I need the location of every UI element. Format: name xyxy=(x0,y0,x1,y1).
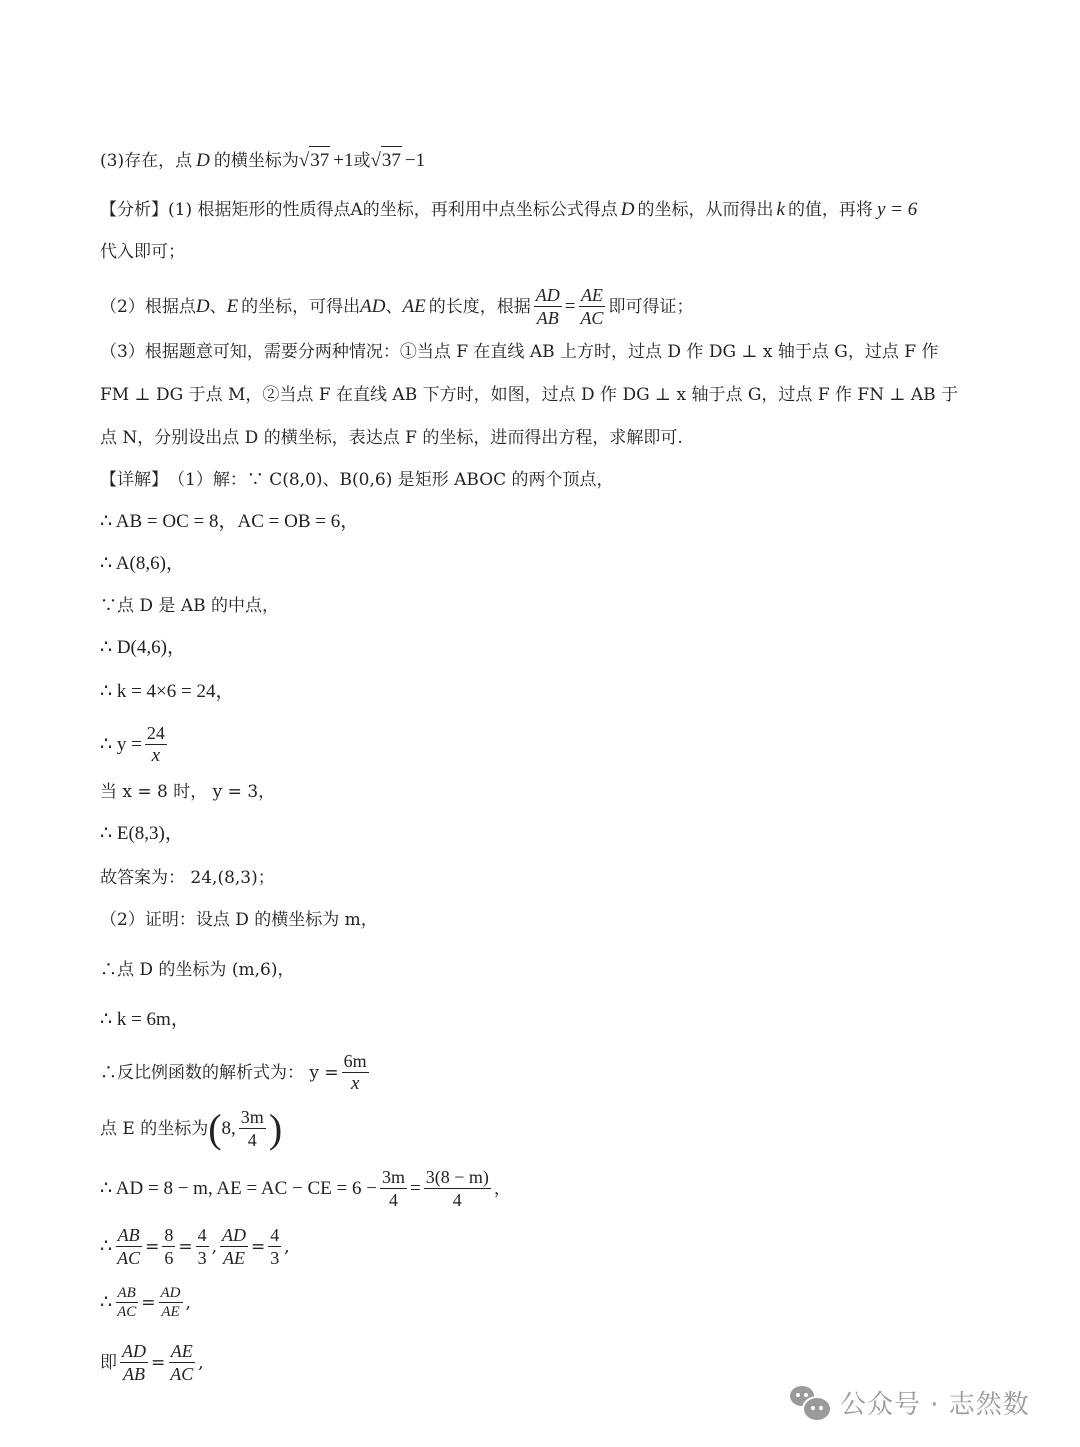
fraction: 3m4 xyxy=(239,1106,266,1151)
detail-line-12: ∴点 D 的坐标为 (m,6)， xyxy=(100,956,294,984)
text: 、 xyxy=(386,293,403,321)
radicand: 37 xyxy=(381,146,402,175)
detail-line-3: ∴ A(8,6)， xyxy=(100,550,185,578)
denominator: 3 xyxy=(196,1247,209,1269)
text: ∴ y = xyxy=(100,731,142,759)
equation: y = 6 xyxy=(877,196,917,224)
denominator: x xyxy=(349,1073,361,1095)
var-E: E xyxy=(227,293,239,321)
var-D: D xyxy=(621,196,635,224)
detail-line-18: ∴ ABAC= ADAE, xyxy=(100,1284,191,1321)
denominator: AE xyxy=(221,1247,247,1269)
text: （1）解：∵ C(8,0)、B(0,6) 是矩形 ABOC 的两个顶点， xyxy=(168,466,614,494)
text: 的值，再将 xyxy=(788,196,873,224)
denominator: AE xyxy=(159,1303,181,1321)
text: ∴ D(4,6)， xyxy=(100,634,186,662)
analysis-part1: 【分析】 (1) 根据矩形的性质得点A的坐标，再利用中点坐标公式得点 D 的坐标… xyxy=(100,196,917,224)
text: 的横坐标为 xyxy=(214,147,299,175)
numerator: AD xyxy=(534,284,562,307)
fraction: ADAE xyxy=(220,1224,248,1269)
numerator: 6m xyxy=(342,1050,369,1073)
denominator: 4 xyxy=(387,1189,400,1211)
var-D: D xyxy=(196,293,210,321)
wechat-icon xyxy=(790,1386,830,1420)
answer-part3: (3)存在，点 D 的横坐标为 √37 +1 或 √37 −1 xyxy=(100,146,425,175)
text: 代入即可； xyxy=(100,238,185,266)
text: （3）根据题意可知，需要分两种情况：①当点 F 在直线 AB 上方时，过点 D … xyxy=(100,338,938,366)
denominator: 3 xyxy=(268,1247,281,1269)
numerator: AD xyxy=(159,1284,183,1303)
denominator: AC xyxy=(115,1303,138,1321)
numerator: 3m xyxy=(380,1166,407,1189)
detail-line-19: 即 ADAB= AEAC, xyxy=(100,1340,204,1385)
text: ∴ xyxy=(100,1289,112,1317)
var-AD: AD xyxy=(360,293,385,321)
text: 、 xyxy=(210,293,227,321)
text: 即可得证； xyxy=(608,293,693,321)
detail-line-5: ∴ D(4,6)， xyxy=(100,634,186,662)
detail-line-8: 当 x = 8 时， y = 3， xyxy=(100,778,275,806)
denominator: AC xyxy=(115,1247,142,1269)
detail-line-14: ∴反比例函数的解析式为： y = 6mx xyxy=(100,1050,372,1095)
text: ∴ xyxy=(100,1233,112,1261)
text: ∴ k = 6m， xyxy=(100,1006,190,1034)
detail-line-9: ∴ E(8,3)， xyxy=(100,820,184,848)
fraction: 43 xyxy=(196,1224,209,1269)
sqrt-37: √37 xyxy=(370,146,401,175)
text: （2）根据点 xyxy=(100,293,196,321)
numerator: AD xyxy=(120,1340,148,1363)
analysis-part1-cont: 代入即可； xyxy=(100,238,185,266)
detail-line-16: ∴ AD = 8 − m, AE = AC − CE = 6 − 3m4 = 3… xyxy=(100,1166,511,1211)
text: 8, xyxy=(222,1115,236,1143)
fraction: AEAC xyxy=(168,1340,195,1385)
analysis-part3-line1: （3）根据题意可知，需要分两种情况：①当点 F 在直线 AB 上方时，过点 D … xyxy=(100,338,938,366)
text: ∴ E(8,3)， xyxy=(100,820,184,848)
fraction: 3m4 xyxy=(380,1166,407,1211)
text: +1 xyxy=(333,147,353,175)
text: 故答案为： 24,(8,3)； xyxy=(100,864,275,892)
radicand: 37 xyxy=(309,146,330,175)
denominator: 4 xyxy=(246,1129,259,1151)
text: ∴ k = 4×6 = 24， xyxy=(100,678,235,706)
text: 的坐标，可得出 xyxy=(241,293,360,321)
fraction: 6mx xyxy=(342,1050,369,1095)
text: ∴ A(8,6)， xyxy=(100,550,185,578)
var-k: k xyxy=(777,196,785,224)
text: 的坐标，从而得出 xyxy=(638,196,774,224)
fraction: 3(8 − m)4 xyxy=(424,1166,491,1211)
text: ∴ AD = 8 − m, AE = AC − CE = 6 − xyxy=(100,1175,377,1203)
text: 当 x = 8 时， y = 3， xyxy=(100,778,275,806)
detail-line-6: ∴ k = 4×6 = 24， xyxy=(100,678,235,706)
text: = xyxy=(410,1175,421,1203)
watermark: 公众号 · 志然数 xyxy=(790,1384,1030,1421)
fraction: ADAB xyxy=(534,284,562,329)
detail-label: 【详解】 xyxy=(100,466,168,494)
fraction: ABAC xyxy=(115,1284,138,1321)
denominator: AC xyxy=(168,1363,195,1385)
fraction: ADAE xyxy=(159,1284,183,1321)
denominator: x xyxy=(150,745,162,767)
detail-line-15: 点 E 的坐标为 ( 8, 3m4 ) xyxy=(100,1106,282,1151)
text: (1) 根据矩形的性质得点A的坐标，再利用中点坐标公式得点 xyxy=(168,196,618,224)
detail-line-1: 【详解】 （1）解：∵ C(8,0)、B(0,6) 是矩形 ABOC 的两个顶点… xyxy=(100,466,614,494)
numerator: 3m xyxy=(239,1106,266,1129)
detail-line-11: （2）证明：设点 D 的横坐标为 m， xyxy=(100,906,378,934)
detail-line-13: ∴ k = 6m， xyxy=(100,1006,190,1034)
numerator: AB xyxy=(116,1284,138,1303)
denominator: 4 xyxy=(451,1189,464,1211)
text: 或 xyxy=(353,147,370,175)
var-AE: AE xyxy=(403,293,426,321)
analysis-part3-line2: FM ⊥ DG 于点 M，②当点 F 在直线 AB 下方时，如图，过点 D 作 … xyxy=(100,381,958,409)
numerator: AE xyxy=(579,284,605,307)
text: ∴点 D 的坐标为 (m,6)， xyxy=(100,956,294,984)
fraction: ADAB xyxy=(120,1340,148,1385)
numerator: 4 xyxy=(268,1224,281,1247)
text: FM ⊥ DG 于点 M，②当点 F 在直线 AB 下方时，如图，过点 D 作 … xyxy=(100,381,958,409)
denominator: AB xyxy=(121,1363,147,1385)
numerator: 4 xyxy=(196,1224,209,1247)
denominator: AC xyxy=(578,307,605,329)
text: （2）证明：设点 D 的横坐标为 m， xyxy=(100,906,378,934)
text: 点 E 的坐标为 xyxy=(100,1115,208,1143)
text: −1 xyxy=(405,147,425,175)
numerator: 8 xyxy=(162,1224,175,1247)
denominator: AB xyxy=(535,307,561,329)
fraction: 24x xyxy=(145,722,167,767)
text: (3)存在，点 xyxy=(100,147,192,175)
text: ， xyxy=(494,1175,511,1203)
detail-line-10: 故答案为： 24,(8,3)； xyxy=(100,864,275,892)
var-D: D xyxy=(196,147,210,175)
detail-line-7: ∴ y = 24x xyxy=(100,722,170,767)
analysis-part3-line3: 点 N，分别设出点 D 的横坐标，表达点 F 的坐标，进而得出方程，求解即可. xyxy=(100,424,683,452)
fraction: 43 xyxy=(268,1224,281,1269)
detail-line-17: ∴ ABAC= 86= 43, ADAE= 43, xyxy=(100,1224,290,1269)
text: ∵点 D 是 AB 的中点， xyxy=(100,592,279,620)
denominator: 6 xyxy=(162,1247,175,1269)
numerator: 3(8 − m) xyxy=(424,1166,491,1189)
text: 即 xyxy=(100,1349,117,1377)
numerator: AD xyxy=(220,1224,248,1247)
detail-line-4: ∵点 D 是 AB 的中点， xyxy=(100,592,279,620)
fraction: AEAC xyxy=(578,284,605,329)
fraction: ABAC xyxy=(115,1224,142,1269)
numerator: 24 xyxy=(145,722,167,745)
detail-line-2: ∴ AB = OC = 8，AC = OB = 6， xyxy=(100,508,359,536)
analysis-part2: （2）根据点 D 、 E 的坐标，可得出 AD 、 AE 的长度，根据 ADAB… xyxy=(100,284,693,329)
text: 的长度，根据 xyxy=(429,293,531,321)
numerator: AB xyxy=(116,1224,142,1247)
text: ∴ AB = OC = 8，AC = OB = 6， xyxy=(100,508,359,536)
sqrt-37: √37 xyxy=(299,146,330,175)
analysis-label: 【分析】 xyxy=(100,196,168,224)
text: ∴反比例函数的解析式为： y = xyxy=(100,1059,339,1087)
numerator: AE xyxy=(169,1340,195,1363)
watermark-text: 公众号 · 志然数 xyxy=(840,1384,1030,1421)
text: 点 N，分别设出点 D 的横坐标，表达点 F 的坐标，进而得出方程，求解即可. xyxy=(100,424,683,452)
fraction: 86 xyxy=(162,1224,175,1269)
